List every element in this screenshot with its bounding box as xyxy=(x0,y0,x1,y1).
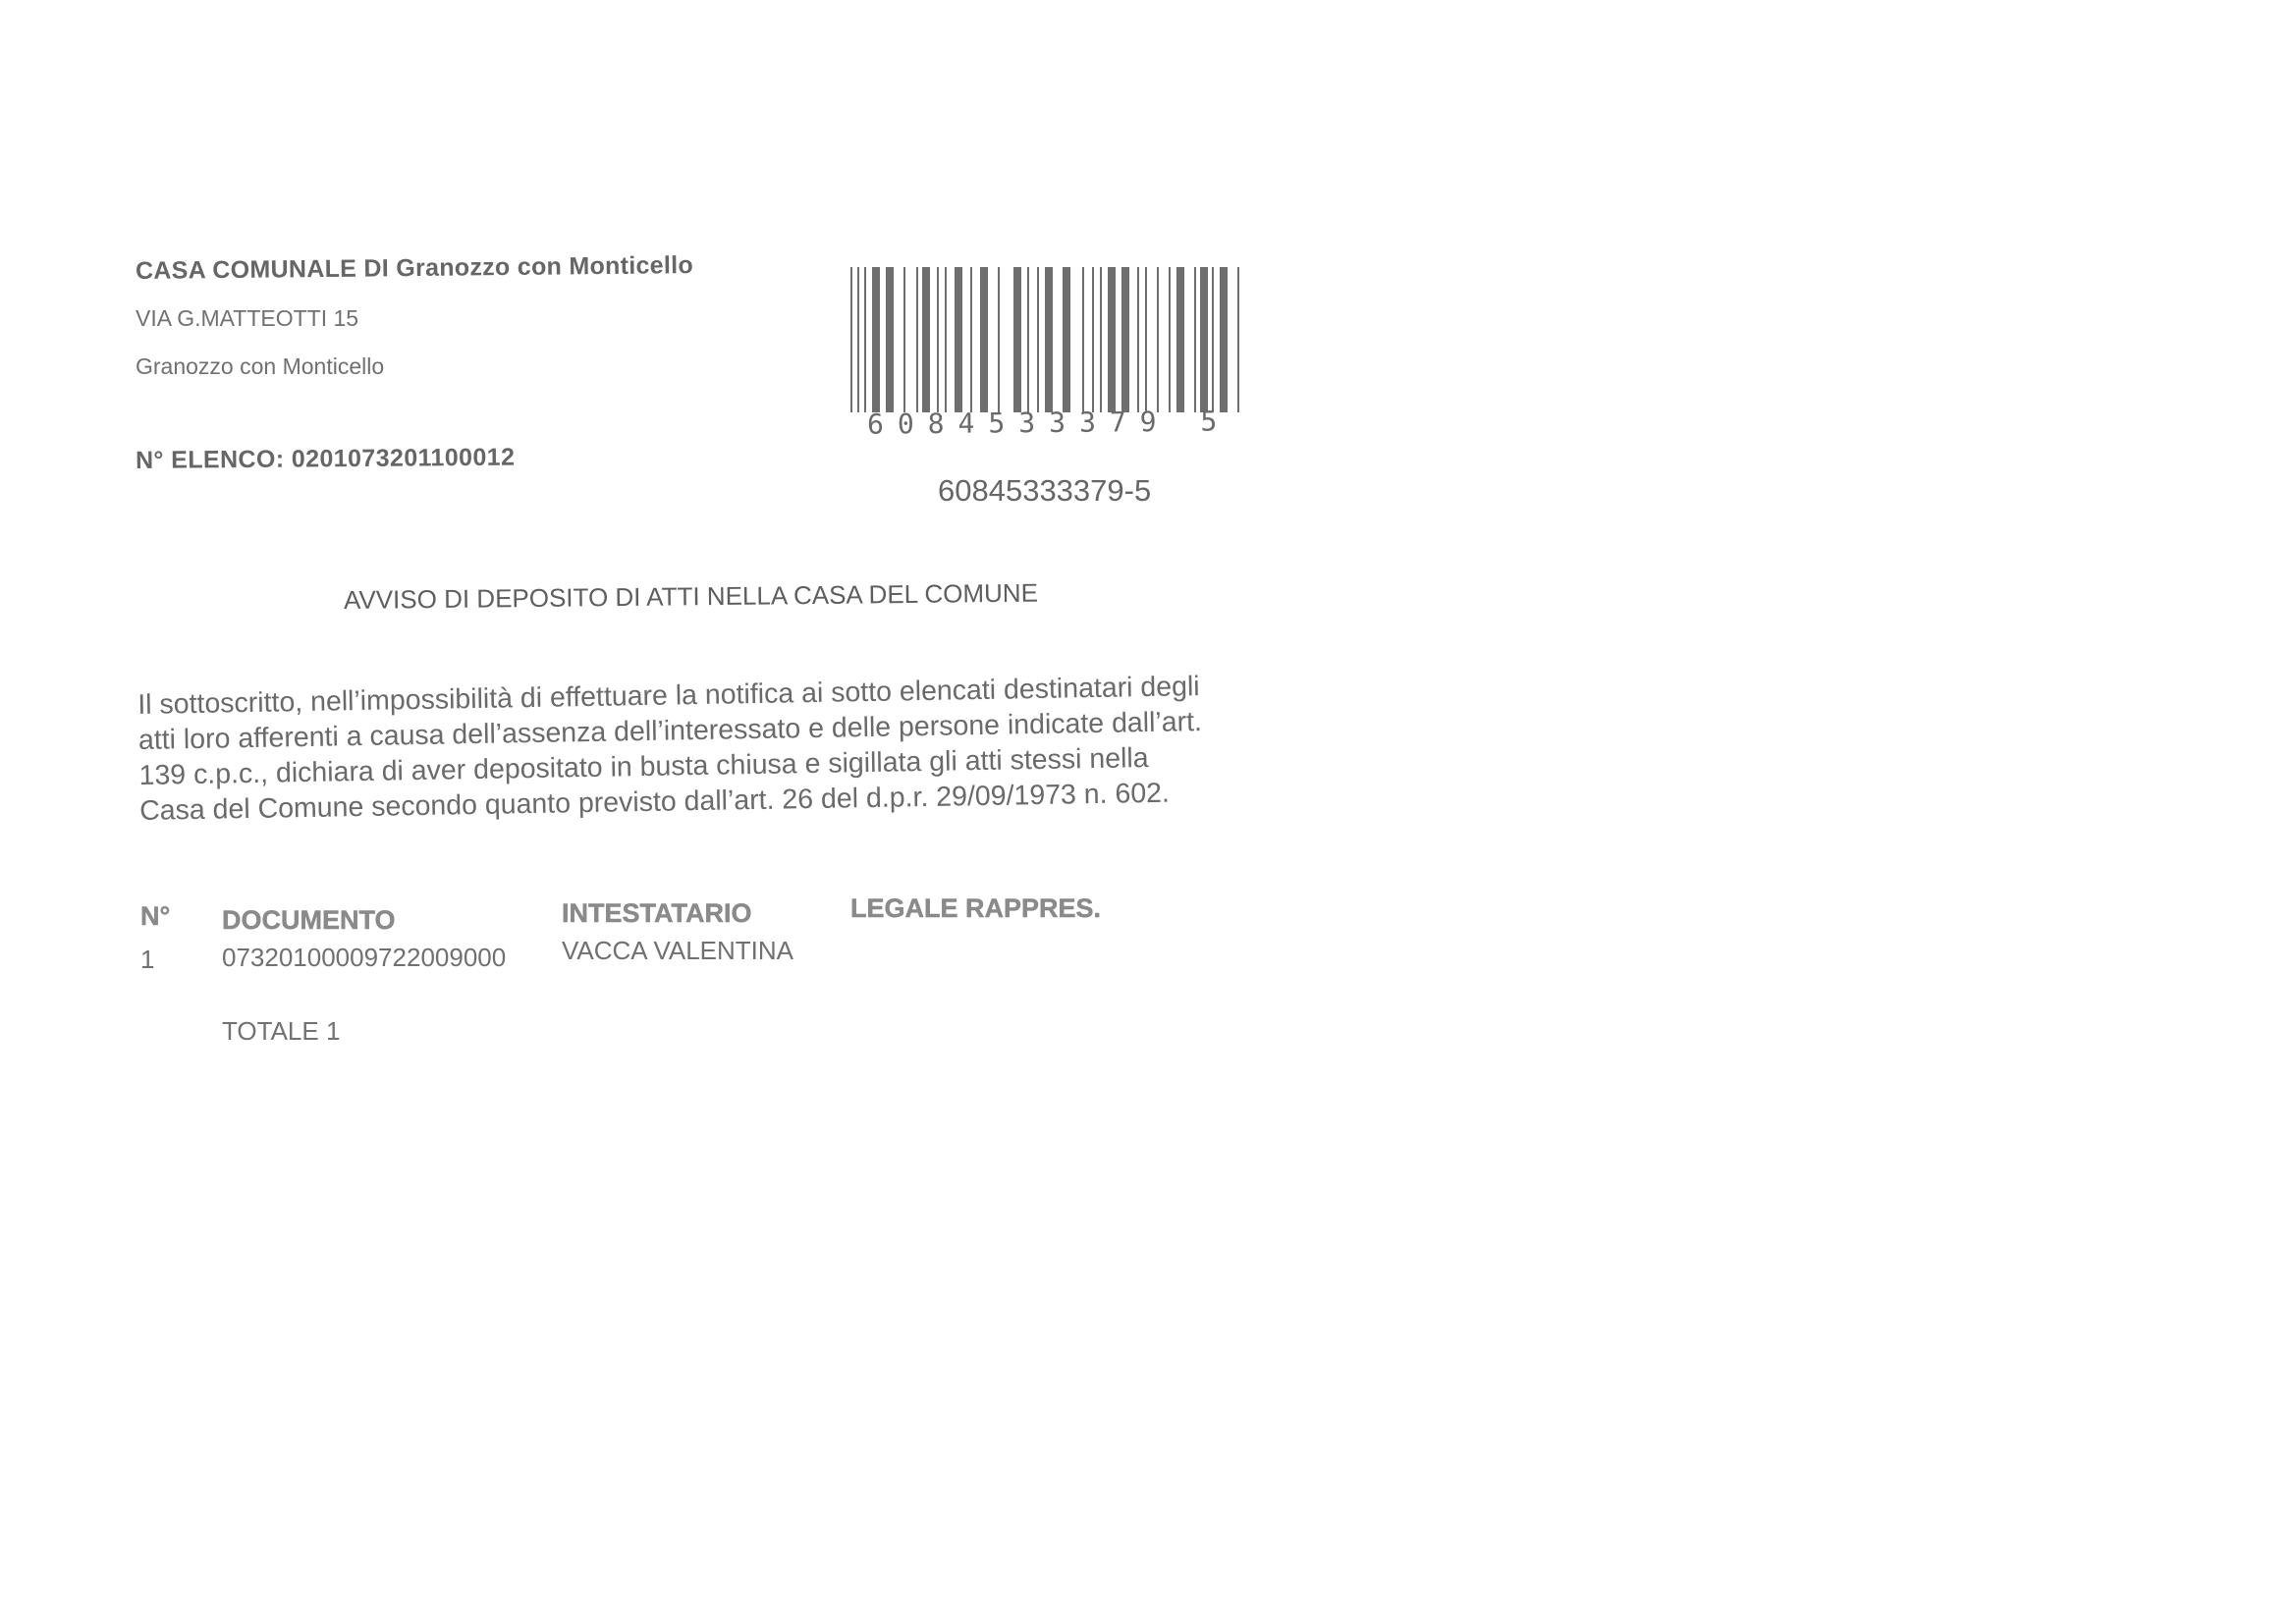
municipality-address: VIA G.MATTEOTTI 15 xyxy=(136,305,358,332)
barcode xyxy=(850,267,1243,412)
municipality-header-title: CASA COMUNALE DI Granozzo con Monticello xyxy=(136,251,693,286)
declaration-paragraph: Il sottoscritto, nell’impossibilità di e… xyxy=(137,667,1318,829)
column-header-holder: INTESTATARIO xyxy=(562,898,751,929)
municipality-city: Granozzo con Monticello xyxy=(136,353,384,380)
table-total: TOTALE 1 xyxy=(222,1016,340,1047)
barcode-digits: 6084533379 5 xyxy=(867,405,1231,440)
column-header-legal-rep: LEGALE RAPPRES. xyxy=(850,893,1101,924)
row-number: 1 xyxy=(140,945,154,975)
row-document-id: 07320100009722009000 xyxy=(222,943,506,973)
column-header-number: N° xyxy=(140,901,170,932)
document-title: AVVISO DI DEPOSITO DI ATTI NELLA CASA DE… xyxy=(344,578,1038,616)
elenco-number: N° ELENCO: 0201073201100012 xyxy=(136,444,516,475)
row-holder: VACCA VALENTINA xyxy=(562,936,793,966)
barcode-number: 60845333379-5 xyxy=(938,473,1151,509)
column-header-document: DOCUMENTO xyxy=(222,905,396,936)
